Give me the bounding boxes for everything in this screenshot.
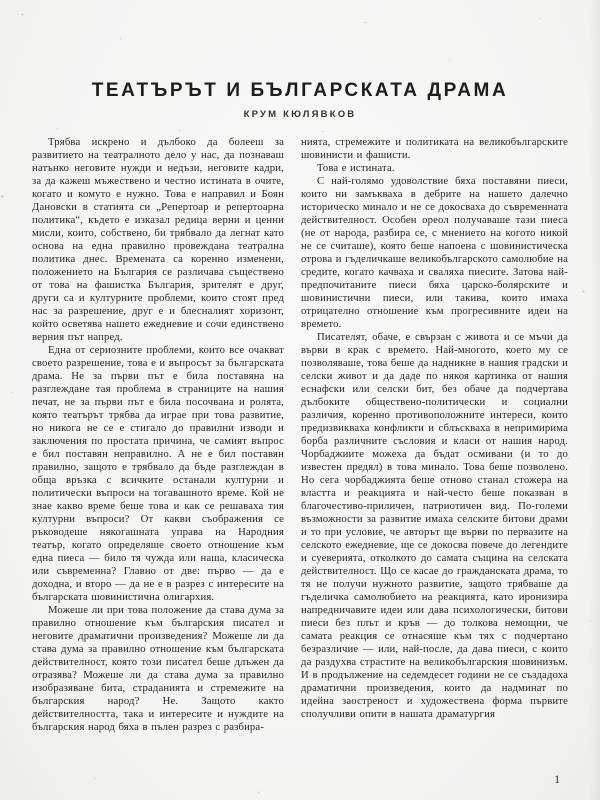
paragraph: нията, стремежите и политиката на велико… bbox=[301, 136, 568, 162]
paragraph: Трябва искрено и дълбоко да болееш за ра… bbox=[32, 136, 284, 344]
article-author: КРУМ КЮЛЯВКОВ bbox=[0, 109, 600, 120]
paragraph: Една от сериозните проблеми, които все о… bbox=[32, 344, 284, 604]
title-block: ТЕАТЪРЪТ И БЪЛГАРСКАТА ДРАМА КРУМ КЮЛЯВК… bbox=[0, 80, 600, 120]
article-title: ТЕАТЪРЪТ И БЪЛГАРСКАТА ДРАМА bbox=[0, 80, 600, 102]
paragraph: Можеше ли при това положение да става ду… bbox=[32, 604, 284, 734]
right-text-column: нията, стремежите и политиката на велико… bbox=[301, 136, 568, 778]
paragraph: Писателят, обаче, е свързан с живота и с… bbox=[301, 331, 568, 721]
scan-noise-speckles bbox=[0, 0, 1, 1]
paragraph: С най-голямо удоволствие бяха поставяни … bbox=[301, 175, 568, 331]
scanned-journal-page: ТЕАТЪРЪТ И БЪЛГАРСКАТА ДРАМА КРУМ КЮЛЯВК… bbox=[0, 0, 600, 800]
left-text-column: Трябва искрено и дълбоко да болееш за ра… bbox=[32, 136, 284, 778]
paragraph: Това е истината. bbox=[301, 162, 568, 175]
page-number: 1 bbox=[554, 774, 560, 786]
text-columns: Трябва искрено и дълбоко да болееш за ра… bbox=[32, 136, 568, 778]
